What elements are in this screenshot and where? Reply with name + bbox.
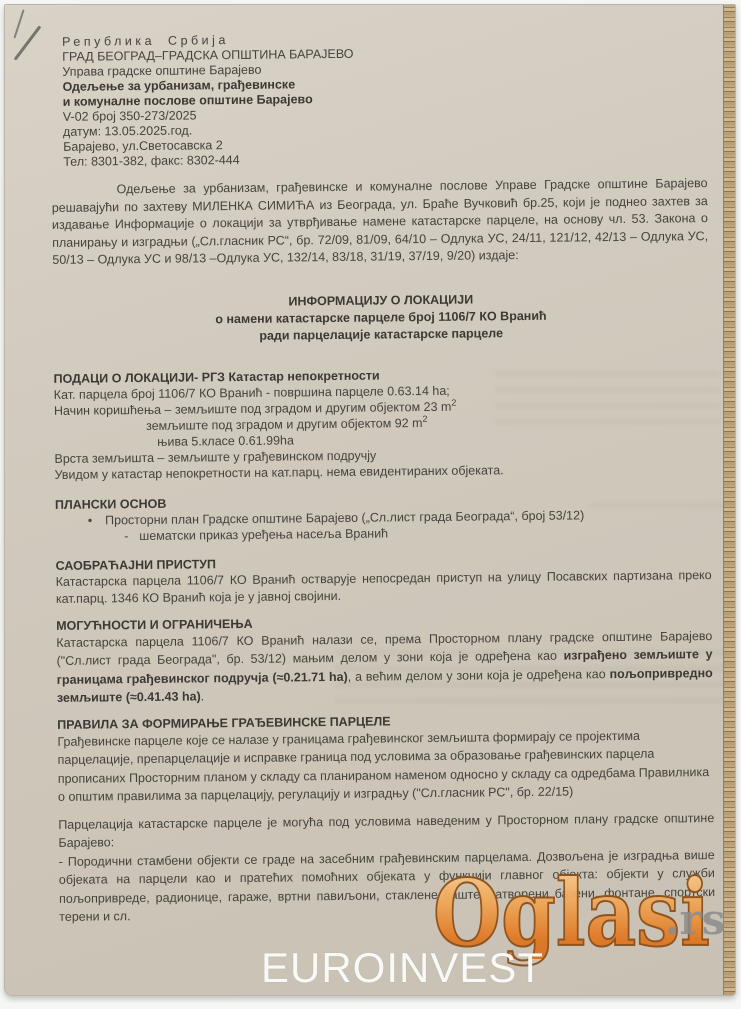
planning-basis-subitem-text: шематски приказ уређења насеља Вранић [133,525,388,544]
euroinvest-watermark: EUROINVEST [261,947,544,989]
parcel-rules-paragraph: Грађевинске парцеле које се налазе у гра… [57,726,714,807]
usage-line-1-superscript: 2 [451,397,456,407]
usage-line-2-superscript: 2 [422,413,427,423]
possibilities-paragraph: Катастарска парцела 1106/7 КО Вранић нал… [56,627,713,708]
intro-paragraph: Одељење за урбанизам, грађевинске и кому… [52,175,709,269]
letterhead: Република Србија ГРАД БЕОГРАД–ГРАДСКА ОП… [62,28,707,170]
document-content: Република Србија ГРАД БЕОГРАД–ГРАДСКА ОП… [5,4,736,927]
section-location-data: ПОДАЦИ О ЛОКАЦИЈИ- РГЗ Катастар непокрет… [54,364,711,483]
traffic-access-paragraph: Катастарска парцела 1106/7 КО Вранић ост… [56,567,712,609]
dash-icon: - [119,528,133,545]
possibilities-seg-5: . [201,689,205,703]
section-parcel-rules: ПРАВИЛА ЗА ФОРМИРАЊЕ ГРАЂЕВИНСКЕ ПАРЦЕЛЕ… [57,710,714,807]
document-photo: Република Србија ГРАД БЕОГРАД–ГРАДСКА ОП… [4,4,736,996]
section-possibilities: МОГУЋНОСТИ И ОГРАНИЧЕЊА Катастарска парц… [56,611,713,708]
bullet-icon: • [81,512,99,529]
oglasi-watermark-tld: .rs [665,899,725,941]
usage-line-2-text: земљиште под зградом и другим објектом 9… [146,416,423,433]
possibilities-seg-3: , а већим делом у зони која је одређена … [348,667,610,684]
section-planning-basis: ПЛАНСКИ ОСНОВ • Просторни план Градске о… [55,490,711,546]
photo-canvas: Република Србија ГРАД БЕОГРАД–ГРАДСКА ОП… [0,0,741,1009]
document-title: ИНФОРМАЦИЈУ О ЛОКАЦИЈИ о намени катастар… [53,289,709,347]
section-traffic-access: САОБРАЋАЈНИ ПРИСТУП Катастарска парцела … [55,551,711,609]
page-stack-edge [723,5,735,995]
